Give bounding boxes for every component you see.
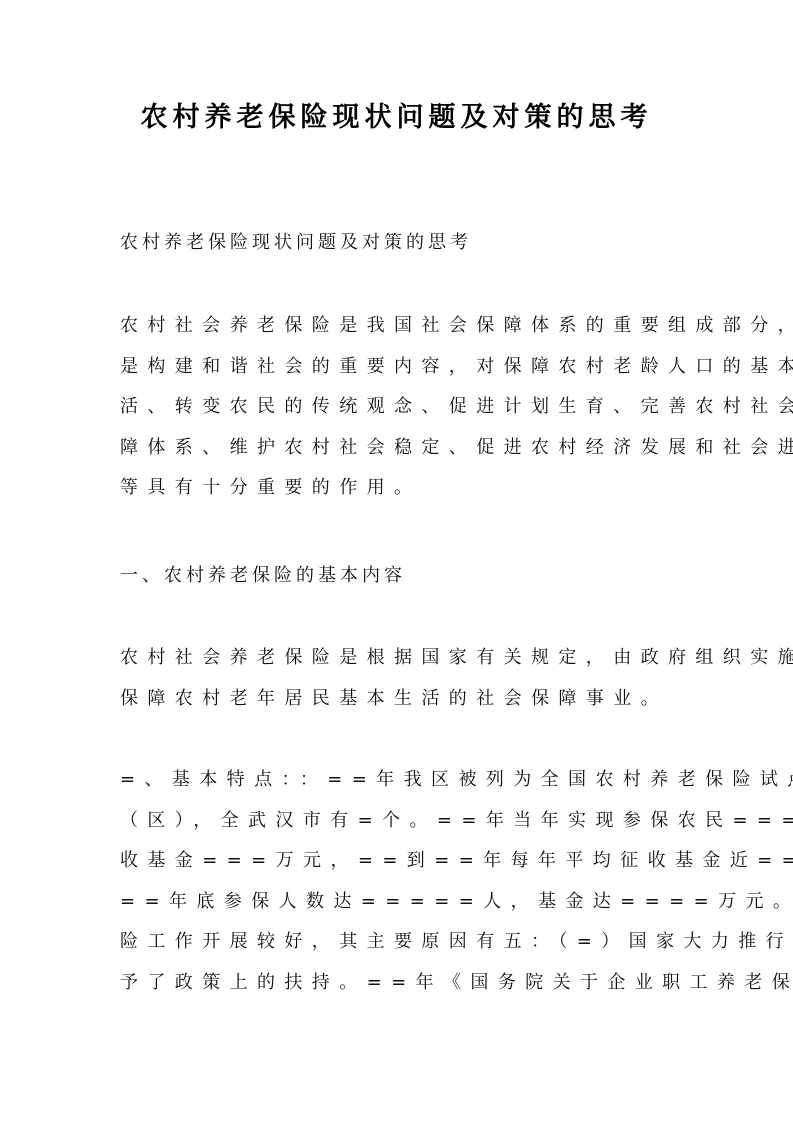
paragraph-intro: 农村社会养老保险是我国社会保障体系的重要组成部分，也 是构建和谐社会的重要内容，… xyxy=(120,306,672,509)
paragraph-line: 险工作开展较好，其主要原因有五：（=）国家大力推行，给 xyxy=(120,922,672,963)
paragraph-line: 障体系、维护农村社会稳定、促进农村经济发展和社会进步 xyxy=(120,428,672,469)
section-heading: 一、农村养老保险的基本内容 xyxy=(120,556,672,596)
paragraph-line: 保障农村老年居民基本生活的社会保障事业。 xyxy=(120,679,672,720)
paragraph-line: （区），全武汉市有=个。==年当年实现参保农民====人，征 xyxy=(120,801,672,842)
paragraph-line: 农村社会养老保险是我国社会保障体系的重要组成部分，也 xyxy=(120,306,672,347)
paragraph-line: 等具有十分重要的作用。 xyxy=(120,468,672,509)
paragraph-features: =、基本特点：：==年我区被列为全国农村养老保险试点县 （区），全武汉市有=个。… xyxy=(120,760,672,1003)
paragraph-line: =、基本特点：：==年我区被列为全国农村养老保险试点县 xyxy=(120,760,672,801)
paragraph-line: ==年底参保人数达=====人，基金达====万元。农村养老保 xyxy=(120,882,672,923)
document-page: 农村养老保险现状问题及对策的思考 农村养老保险现状问题及对策的思考 农村社会养老… xyxy=(0,0,793,1122)
paragraph-line: 活、转变农民的传统观念、促进计划生育、完善农村社会保 xyxy=(120,387,672,428)
document-title: 农村养老保险现状问题及对策的思考 xyxy=(0,97,793,139)
paragraph-line: 予了政策上的扶持。==年《国务院关于企业职工养老保险制 xyxy=(120,963,672,1004)
paragraph-line: 是构建和谐社会的重要内容，对保障农村老龄人口的基本生 xyxy=(120,347,672,388)
document-subtitle: 农村养老保险现状问题及对策的思考 xyxy=(120,223,672,263)
paragraph-line: 收基金===万元，==到==年每年平均征收基金近===万元，到 xyxy=(120,841,672,882)
paragraph-line: 农村社会养老保险是根据国家有关规定，由政府组织实施的 xyxy=(120,638,672,679)
paragraph-definition: 农村社会养老保险是根据国家有关规定，由政府组织实施的 保障农村老年居民基本生活的… xyxy=(120,638,672,719)
